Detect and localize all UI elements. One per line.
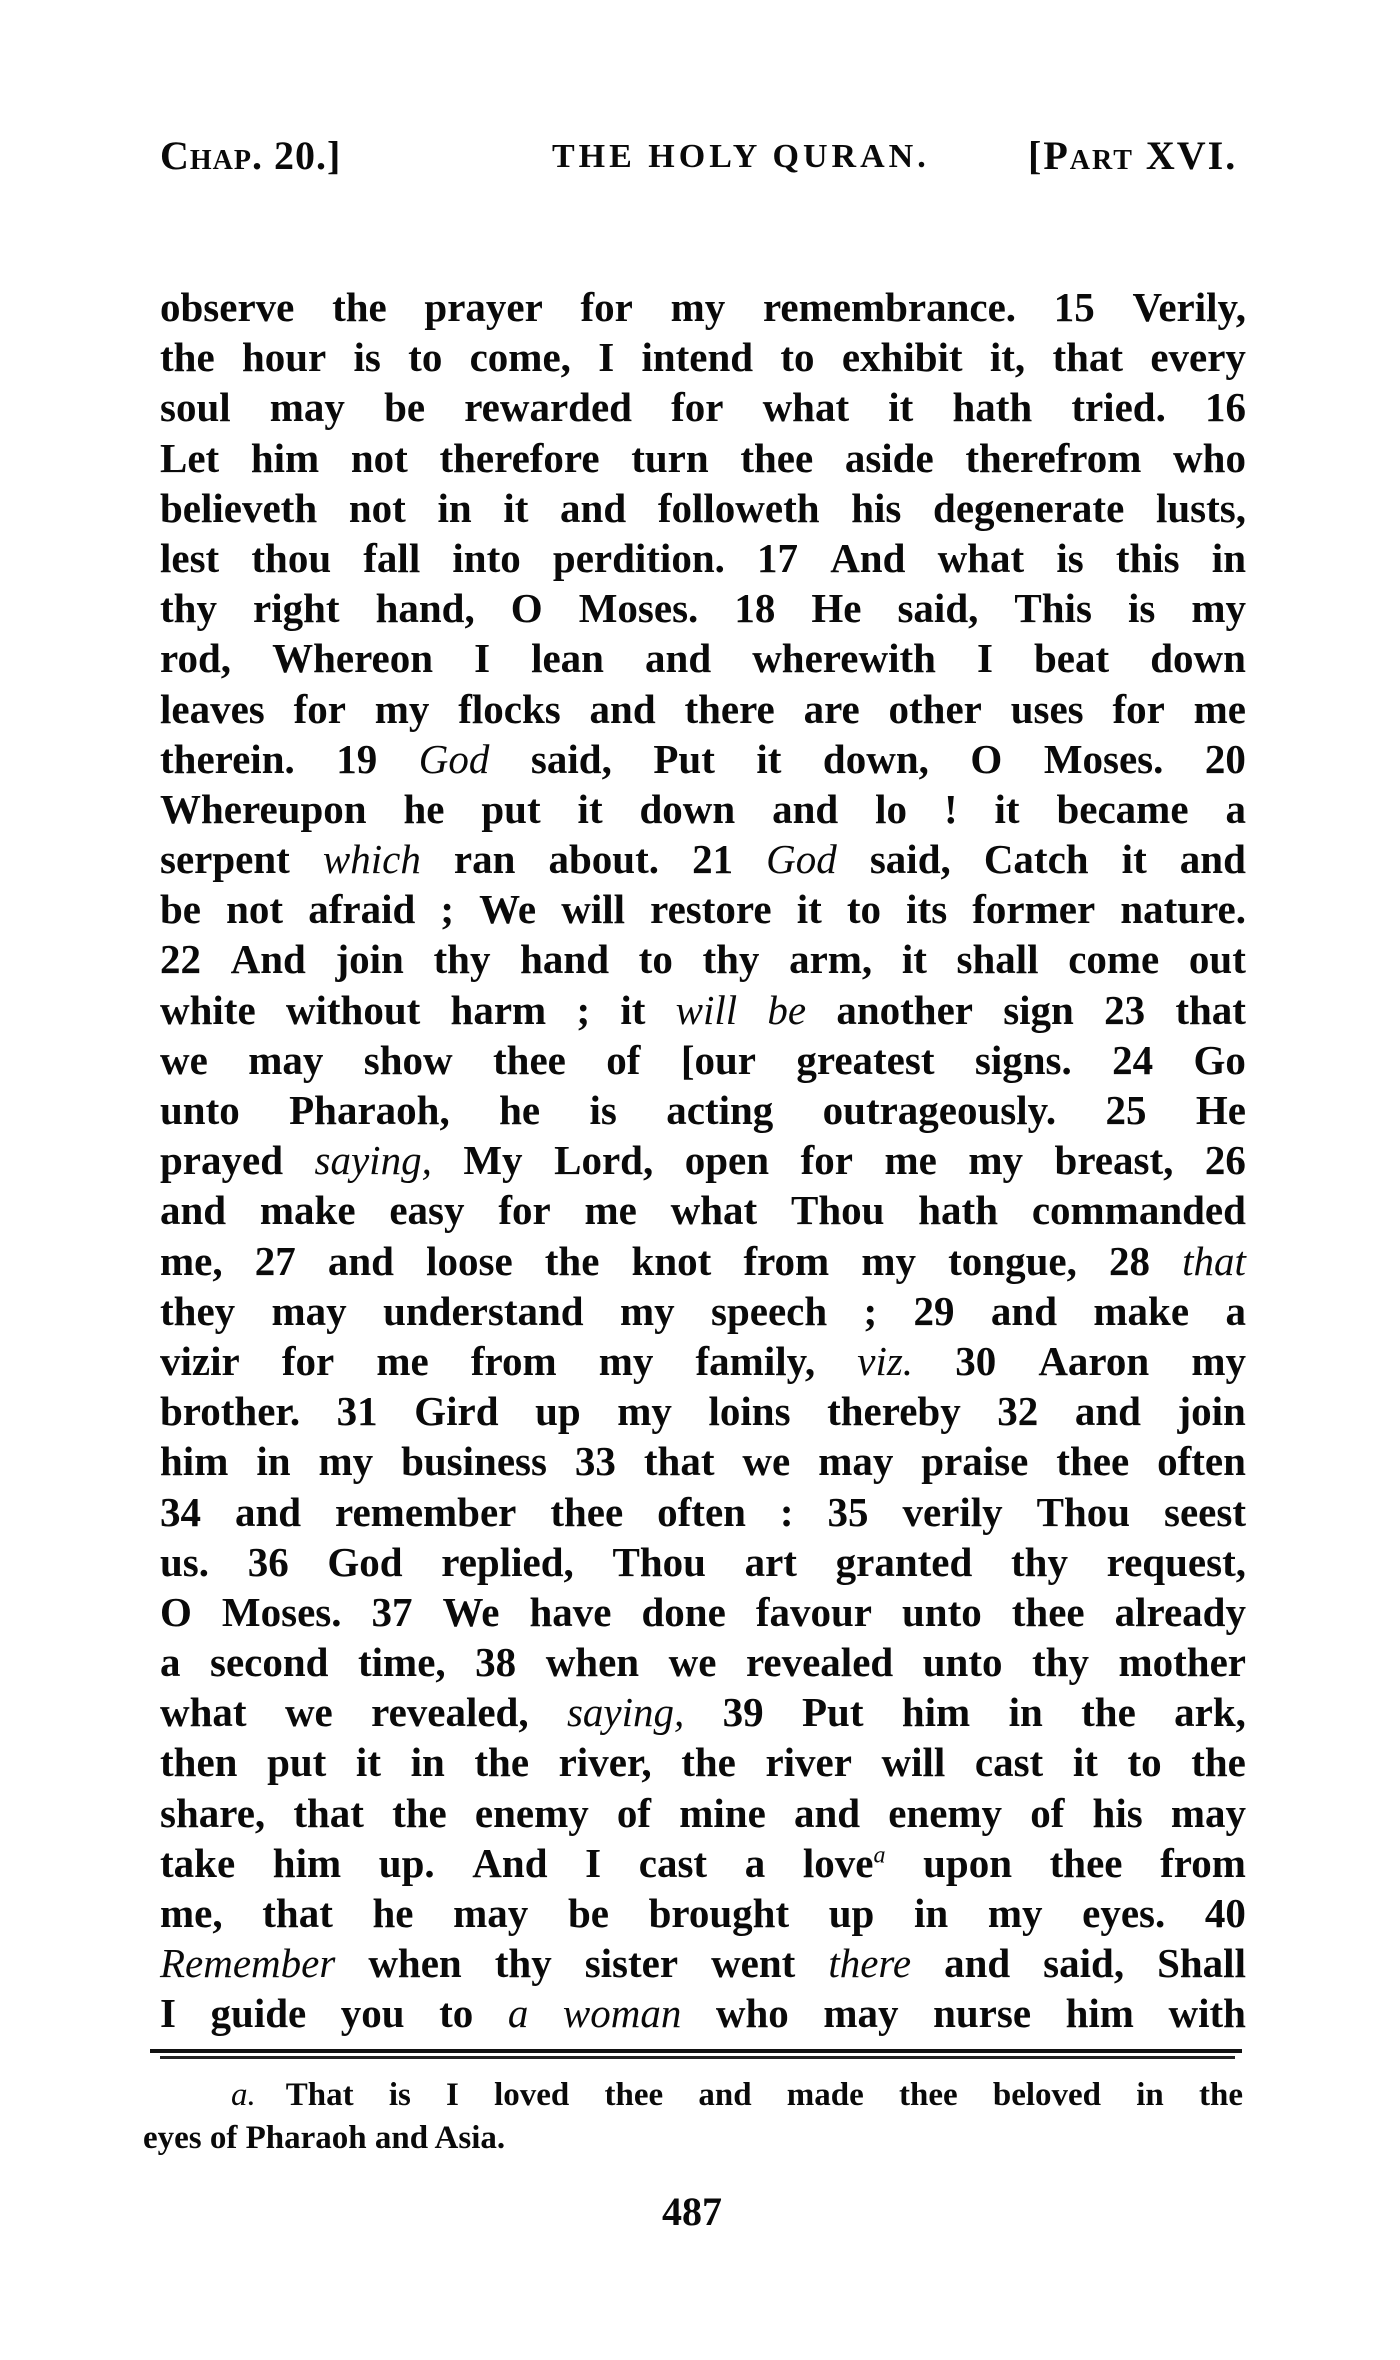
word: join [1178, 1386, 1246, 1436]
word: of [617, 1788, 651, 1838]
word: 19 [336, 734, 377, 784]
word: every [1150, 332, 1246, 382]
word: thee [550, 1487, 623, 1537]
word: up [535, 1386, 581, 1436]
word: And [830, 533, 905, 583]
word: beat [1034, 633, 1109, 683]
page-number: 487 [662, 2188, 722, 2235]
word: it [356, 1737, 381, 1787]
word: they [160, 1286, 235, 1336]
word: This [1014, 583, 1092, 633]
footnote-line: a. That is I loved thee and made thee be… [143, 2074, 1243, 2117]
word: Shall [1157, 1938, 1246, 1988]
word: out [1189, 934, 1246, 984]
word: he [499, 1085, 540, 1135]
word: may [823, 1988, 898, 2038]
word: verily [902, 1487, 1002, 1537]
word: him [251, 433, 319, 483]
word: we [285, 1687, 333, 1737]
word: 24 [1112, 1035, 1153, 1085]
word: his [1093, 1788, 1143, 1838]
footnote-text-line2: eyes of Pharaoh and Asia. [143, 2117, 1243, 2160]
word: and [235, 1487, 301, 1537]
word: to [408, 332, 442, 382]
word: said, [531, 734, 612, 784]
word: my [617, 1386, 672, 1436]
word: Whereupon [160, 784, 367, 834]
word: up. [379, 1838, 435, 1888]
word: may [248, 1035, 323, 1085]
word: 16 [1205, 382, 1246, 432]
word: me, [160, 1236, 223, 1286]
text-line: 34andremembertheeoften:35verilyThouseest [160, 1487, 1246, 1537]
word: the [332, 282, 387, 332]
word: the [1191, 1737, 1246, 1787]
word: be [384, 382, 425, 432]
word: O [970, 734, 1002, 784]
word: 27 [255, 1236, 296, 1286]
word: a [745, 1838, 766, 1888]
text-line: thenputitintheriver,theriverwillcastitto… [160, 1737, 1246, 1787]
word: his [851, 483, 901, 533]
word: from [743, 1236, 829, 1286]
text-line: thyrighthand,OMoses.18Hesaid,Thisismy [160, 583, 1246, 633]
word: thou [251, 533, 331, 583]
footnote-reference: a [873, 1842, 885, 1868]
word: we [160, 1035, 208, 1085]
word: down [640, 784, 736, 834]
word: to [847, 884, 881, 934]
word: what [160, 1687, 247, 1737]
word: eyes. [1082, 1888, 1165, 1938]
word: what [938, 533, 1025, 583]
text-line: asecondtime,38whenwerevealeduntothymothe… [160, 1637, 1246, 1687]
word: revealed, [371, 1687, 529, 1737]
word: and [944, 1938, 1010, 1988]
word: remember [335, 1487, 516, 1537]
word: are [804, 684, 860, 734]
footnote: a. That is I loved thee and made thee be… [143, 2074, 1243, 2160]
text-line: wemayshowtheeof[ourgreatestsigns.24Go [160, 1035, 1246, 1085]
word: for [581, 282, 633, 332]
word: thee [493, 1035, 566, 1085]
word: 40 [1205, 1888, 1246, 1938]
word: 29 [914, 1286, 955, 1336]
word: already [1115, 1587, 1246, 1637]
word: down, [823, 734, 929, 784]
word: hath [952, 382, 1032, 432]
word: woman [563, 1988, 681, 2038]
word: prayer [424, 282, 542, 332]
word: knot [632, 1236, 712, 1286]
word: And [231, 934, 306, 984]
word: ; [440, 884, 454, 934]
word: and [590, 684, 656, 734]
word: brother. [160, 1386, 300, 1436]
word: 30 [955, 1336, 996, 1386]
word: tried. [1071, 382, 1166, 432]
word: make [260, 1185, 356, 1235]
word: this [1116, 533, 1180, 583]
word: rod, [160, 633, 231, 683]
word: replied, [441, 1537, 574, 1587]
word: and [328, 1236, 394, 1286]
word: Gird [414, 1386, 498, 1436]
text-line: prayedsaying,MyLord,openformemybreast,26 [160, 1135, 1246, 1185]
word: 35 [828, 1487, 869, 1537]
word: us. [160, 1537, 209, 1587]
word: 21 [692, 834, 733, 884]
word: 28 [1109, 1236, 1150, 1286]
word: afraid [308, 884, 415, 934]
word: is [1128, 583, 1155, 633]
word: God [766, 834, 837, 884]
word: my [1191, 1336, 1246, 1386]
word: business [401, 1436, 547, 1486]
word: may [272, 1286, 347, 1336]
word: him [1066, 1988, 1134, 2038]
word: I [598, 332, 614, 382]
word: loins [708, 1386, 790, 1436]
word: in [1212, 533, 1246, 583]
word: he [403, 784, 444, 834]
word: 36 [248, 1537, 289, 1587]
word: have [529, 1587, 611, 1637]
word: art [745, 1537, 797, 1587]
text-line: us.36Godreplied,Thouartgrantedthyrequest… [160, 1537, 1246, 1587]
text-line: takehimup.AndIcastaloveaupontheefrom [160, 1838, 1246, 1888]
word: hand [520, 934, 609, 984]
text-line: brother.31Girdupmyloinsthereby32andjoin [160, 1386, 1246, 1436]
word: perdition. [553, 533, 725, 583]
text-line: theymayunderstandmyspeech;29andmakea [160, 1286, 1246, 1336]
word: said, [870, 834, 951, 884]
text-line: 22Andjointhyhandtothyarm,itshallcomeout [160, 934, 1246, 984]
word: and [1180, 834, 1246, 884]
word: believeth [160, 483, 317, 533]
word: him [902, 1687, 970, 1737]
word: lusts, [1156, 483, 1246, 533]
word: then [160, 1737, 237, 1787]
word: We [479, 884, 536, 934]
text-line: whitewithoutharm;itwillbeanothersign23th… [160, 985, 1246, 1035]
word: the [681, 1737, 736, 1787]
word: it, [990, 332, 1025, 382]
word: another [836, 985, 973, 1035]
word: put [267, 1737, 326, 1787]
word: outrageously. [823, 1085, 1057, 1135]
word: 20 [1205, 734, 1246, 784]
word: for [671, 382, 723, 432]
word: thee [740, 433, 813, 483]
word: Verily, [1132, 282, 1246, 332]
word: my [1191, 583, 1246, 633]
word: Thou [791, 1185, 884, 1235]
word: into [452, 533, 520, 583]
word: 25 [1106, 1085, 1147, 1135]
word: who [716, 1988, 789, 2038]
word: nature. [1120, 884, 1246, 934]
word: Let [160, 433, 219, 483]
word: 34 [160, 1487, 201, 1537]
text-line: whatwerevealed,saying,39Puthimintheark, [160, 1687, 1246, 1737]
word: will [676, 985, 738, 1035]
word: and [160, 1185, 226, 1235]
word: my [318, 1436, 373, 1486]
word: Lord, [554, 1135, 653, 1185]
word: with [1168, 1988, 1245, 2038]
word: easy [389, 1185, 464, 1235]
word: is [1056, 533, 1083, 583]
word: mine [679, 1788, 766, 1838]
word: it [995, 784, 1020, 834]
word: not [349, 483, 406, 533]
word: acting [666, 1085, 773, 1135]
word: it [797, 884, 822, 934]
text-line: Rememberwhenthysisterwentthereandsaid,Sh… [160, 1938, 1246, 1988]
word: followeth [658, 483, 820, 533]
word: my [620, 1286, 675, 1336]
word: hath [918, 1185, 998, 1235]
word: thee [1012, 1587, 1085, 1637]
word: enemy [475, 1788, 589, 1838]
word: shall [957, 934, 1039, 984]
word: I [160, 1988, 176, 2038]
word: often [657, 1487, 746, 1537]
word: not [226, 884, 283, 934]
word: it [620, 985, 645, 1035]
word: my [671, 282, 726, 332]
word: observe [160, 282, 294, 332]
word: greatest [796, 1035, 934, 1085]
text-line: OMoses.37Wehavedonefavouruntotheealready [160, 1587, 1246, 1637]
word: that [1052, 332, 1123, 382]
word: lean [531, 633, 604, 683]
word: in [256, 1436, 290, 1486]
word: be [568, 1888, 609, 1938]
word: thy [702, 934, 759, 984]
word: signs. [975, 1035, 1072, 1085]
word: family, [696, 1336, 816, 1386]
word: ; [576, 985, 590, 1035]
word: and [794, 1788, 860, 1838]
word: 17 [757, 533, 798, 583]
word: of [606, 1035, 640, 1085]
word: it [888, 382, 913, 432]
running-head-part: [Part XVI. [1028, 132, 1237, 180]
word: He [1196, 1085, 1246, 1135]
word: done [641, 1587, 725, 1637]
text-line: lestthoufallintoperdition.17Andwhatisthi… [160, 533, 1246, 583]
word: be [160, 884, 201, 934]
word: it [1122, 834, 1147, 884]
word: hour [242, 332, 326, 382]
word: share, [160, 1788, 265, 1838]
word: and [772, 784, 838, 834]
word: vizir [160, 1336, 240, 1386]
word: 23 [1104, 985, 1145, 1035]
word: flocks [458, 684, 561, 734]
word: that [1175, 985, 1246, 1035]
footnote-rule [150, 2049, 1242, 2053]
text-line: Whereuponheputitdownandlo!itbecamea [160, 784, 1246, 834]
word: degenerate [933, 483, 1124, 533]
text-line: thehouristocome,Iintendtoexhibitit,thate… [160, 332, 1246, 382]
word: take [160, 1838, 235, 1888]
text-line: andmakeeasyformewhatThouhathcommanded [160, 1185, 1246, 1235]
word: to [1127, 1737, 1161, 1787]
word: therefrom [965, 433, 1141, 483]
word: 39 [723, 1687, 764, 1737]
word: ran [454, 834, 516, 884]
word: without [286, 985, 420, 1035]
word: remembrance. [763, 282, 1016, 332]
word: tongue, [948, 1236, 1077, 1286]
word: guide [211, 1988, 307, 2038]
word: may [818, 1436, 893, 1486]
word: for [498, 1185, 550, 1235]
word: time, [358, 1637, 446, 1687]
text-line: leavesformyflocksandthereareotherusesfor… [160, 684, 1246, 734]
word: 26 [1205, 1135, 1246, 1185]
word: thereby [827, 1386, 961, 1436]
word: me [584, 1185, 636, 1235]
word: it [578, 784, 603, 834]
word: the [160, 332, 215, 382]
word: often [1157, 1436, 1246, 1486]
text-line: me,thathemaybebroughtupinmyeyes.40 [160, 1888, 1246, 1938]
word: We [443, 1587, 500, 1637]
text-line: me,27andloosetheknotfrommytongue,28that [160, 1236, 1246, 1286]
word: it [902, 934, 927, 984]
word: Thou [612, 1537, 705, 1587]
text-line: soulmayberewardedforwhatithathtried.16 [160, 382, 1246, 432]
word: former [972, 884, 1095, 934]
word: him [273, 1838, 341, 1888]
word: to [439, 1988, 473, 2038]
word: a [1225, 784, 1246, 834]
word: ; [864, 1286, 878, 1336]
word: uses [1011, 684, 1084, 734]
word: Remember [160, 1938, 335, 1988]
word: for [1112, 684, 1164, 734]
word: it [503, 483, 528, 533]
word: come [1068, 934, 1159, 984]
word: make [1093, 1286, 1189, 1336]
word: it [1073, 1737, 1098, 1787]
word: wherewith [752, 633, 936, 683]
text-line: rod,WhereonIleanandwherewithIbeatdown [160, 633, 1246, 683]
word: in [1009, 1687, 1043, 1737]
word: we [669, 1637, 717, 1687]
word: show [364, 1035, 453, 1085]
word: will [561, 884, 625, 934]
word: therein. [160, 734, 295, 784]
word: commanded [1032, 1185, 1246, 1235]
word: harm [451, 985, 547, 1035]
word: thy [495, 1938, 552, 1988]
word: Thou [1037, 1487, 1130, 1537]
word: my [968, 1135, 1023, 1185]
word: therefore [439, 433, 599, 483]
word: Aaron [1038, 1336, 1149, 1386]
word: that [293, 1788, 364, 1838]
word: sign [1003, 985, 1074, 1035]
word: : [780, 1487, 794, 1537]
word: in [914, 1888, 948, 1938]
word: me [376, 1336, 428, 1386]
word: join [336, 934, 404, 984]
footnote-text-line1: That is I loved thee and made thee belov… [286, 2074, 1243, 2117]
word: Catch [984, 834, 1089, 884]
word: O [511, 583, 543, 633]
word: me [1194, 684, 1246, 734]
word: we [742, 1436, 790, 1486]
word: 18 [734, 583, 775, 633]
word: 31 [337, 1386, 378, 1436]
word: unto [160, 1085, 240, 1135]
word: Whereon [272, 633, 433, 683]
word: serpent [160, 834, 290, 884]
word: and [991, 1286, 1057, 1336]
word: in [437, 483, 471, 533]
word: saying, [567, 1687, 684, 1737]
word: lest [160, 533, 219, 583]
word: went [711, 1938, 795, 1988]
word: a [160, 1637, 181, 1687]
word: a [508, 1988, 529, 2038]
word: Go [1194, 1035, 1246, 1085]
word: thee [1056, 1436, 1129, 1486]
word: revealed [746, 1637, 893, 1687]
word: rewarded [464, 382, 632, 432]
word: what [671, 1185, 758, 1235]
text-line: Iguideyoutoawomanwhomaynursehimwith [160, 1988, 1246, 2038]
word: mother [1118, 1637, 1246, 1687]
word: my [988, 1888, 1043, 1938]
word: restore [650, 884, 771, 934]
word: put [481, 784, 540, 834]
word: leaves [160, 684, 265, 734]
word: saying, [315, 1135, 432, 1185]
word: to [639, 934, 673, 984]
word: Put [653, 734, 715, 784]
word: upon [923, 1838, 1012, 1888]
word: that [262, 1888, 333, 1938]
word: unto [923, 1637, 1003, 1687]
text-line: vizirformefrommyfamily,viz.30Aaronmy [160, 1336, 1246, 1386]
word: its [906, 884, 947, 934]
word: and [645, 633, 711, 683]
text-line: untoPharaoh,heisactingoutrageously.25He [160, 1085, 1246, 1135]
word: my [375, 684, 430, 734]
word: 15 [1054, 282, 1095, 332]
word: right [253, 583, 340, 633]
word: I [585, 1838, 601, 1888]
word: 33 [575, 1436, 616, 1486]
word: the [1081, 1687, 1136, 1737]
word: is [590, 1085, 617, 1135]
word: favour [756, 1587, 872, 1637]
word: cast [639, 1838, 707, 1888]
text-line: serpentwhichranabout.21Godsaid,Catchitan… [160, 834, 1246, 884]
word: My [463, 1135, 522, 1185]
word: viz. [857, 1336, 913, 1386]
word: And [472, 1838, 547, 1888]
word: the [474, 1737, 529, 1787]
word: nurse [933, 1988, 1031, 2038]
word: praise [921, 1436, 1028, 1486]
